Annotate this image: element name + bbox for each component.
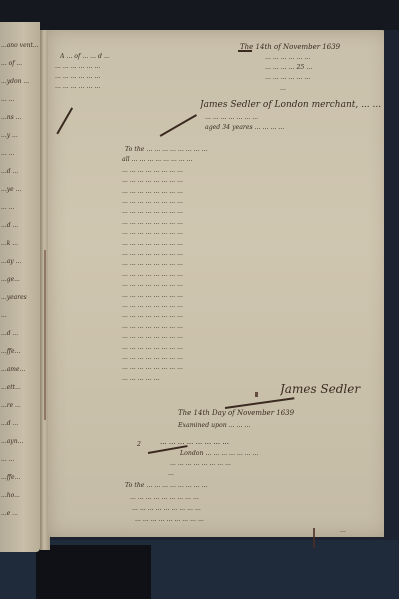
left-page-line: ...ye ...	[1, 186, 21, 193]
left-facing-page: ...ano vent...... of ......ydon ...... .…	[0, 22, 40, 552]
ink-blot	[255, 392, 258, 397]
paragraph-line: ... ... ... ... ... ... ... ...	[122, 302, 384, 310]
paragraph-line: ... ... ... ... ... ... ... ...	[122, 219, 384, 227]
paragraph-line: ... ... ... ... ... ... ... ... ...	[132, 505, 385, 513]
left-page-line: ...yeares	[1, 294, 27, 301]
deponent-line: ... ... ... ... ... ... ... ...	[160, 438, 385, 447]
left-page-line: ... ...	[1, 150, 14, 157]
left-page-line: ... ...	[1, 204, 14, 211]
paragraph-line: ... ... ... ... ... ... ... ...	[122, 167, 384, 175]
paragraph-line: ... ... ... ... ... ... ... ...	[122, 177, 384, 185]
deponent-line: ... ... ... ... ... ... ... ...	[170, 460, 380, 468]
paragraph-line: ... ... ... ... ... ... ... ...	[122, 354, 384, 362]
paragraph-line: ... ... ... ... ... ... ... ...	[122, 323, 384, 331]
paragraph-line: all ... ... ... ... ... ... ... ...	[122, 156, 384, 164]
paragraph-line: ... ... ... ... ... ... ... ... ...	[130, 494, 385, 502]
date-heading: The 14th Day of November 1639	[178, 409, 318, 418]
left-page-line: ...ano vent...	[1, 42, 39, 49]
left-page-line: ...k ...	[1, 240, 18, 247]
deponent-line: aged 34 yeares ... ... ... ...	[205, 124, 390, 132]
paragraph-line: ... ... ... ... ... ... ... ... ...	[135, 516, 380, 524]
note-line: ...	[280, 85, 340, 93]
paragraph-line: To the ... ... ... ... ... ... ... ...	[125, 482, 385, 490]
paragraph-line: ... ... ... ... ... ... ... ...	[122, 188, 384, 196]
signature: James Sedler	[280, 382, 380, 396]
left-page-line: ...ffe...	[1, 348, 20, 355]
left-page-line: ...d ...	[1, 222, 18, 229]
left-page-line: ...	[1, 312, 7, 319]
left-page-line: ...ay ...	[1, 258, 21, 265]
paragraph-line: ... ... ... ... ... ... ... ...	[122, 292, 384, 300]
paragraph-line: ... ... ... ... ... ... ... ...	[122, 312, 384, 320]
paragraph-line: ... ... ... ... ... ... ... ...	[122, 333, 384, 341]
left-page-line: ... ...	[1, 96, 14, 103]
note-line: ... ... ... ... ... ...	[55, 73, 210, 81]
note-line: ... ... ... ... ... ...	[55, 83, 210, 91]
paragraph-line: ... ... ... ... ... ... ... ...	[122, 281, 384, 289]
note-line: ... ... ... ... 25 ...	[265, 64, 385, 72]
examined-line: Examined upon ... ... ...	[178, 422, 288, 430]
paragraph-line: ... ... ... ... ... ... ... ...	[122, 229, 384, 237]
deponent-line: ... ... ... ... ... ... ...	[205, 114, 390, 122]
left-page-line: ...d ...	[1, 420, 18, 427]
paragraph-line: ...	[340, 527, 380, 535]
left-page-line: ...e ...	[1, 510, 18, 517]
ink-stain	[313, 528, 315, 548]
left-page-line: ...ayn...	[1, 438, 23, 445]
pen-flourish	[238, 50, 252, 52]
paragraph-line: ... ... ... ... ... ... ... ...	[122, 240, 384, 248]
left-page-line: ...ns ...	[1, 114, 21, 121]
paragraph-line: ... ... ... ... ... ... ... ...	[122, 364, 384, 372]
left-page-line: ...ho...	[1, 492, 20, 499]
deponent-line: London ... ... ... ... ... ... ...	[180, 450, 385, 458]
left-page-line: ... ...	[1, 456, 14, 463]
paragraph-line: ... ... ... ... ...	[122, 375, 272, 383]
left-page-line: ...ett...	[1, 384, 21, 391]
dark-background-right	[384, 30, 399, 540]
entry-number: 2	[137, 441, 149, 449]
note-line: ... ... ... ... ... ...	[265, 74, 385, 82]
gutter-fold-line	[44, 250, 46, 420]
note-line: ... ... ... ... ... ...	[265, 54, 385, 62]
left-page-line: ...re ...	[1, 402, 21, 409]
paragraph-line: ... ... ... ... ... ... ... ...	[122, 344, 384, 352]
note-line: A ... of ... ... d ...	[60, 53, 210, 61]
left-page-line: ...d ...	[1, 168, 18, 175]
left-page-line: ...ydon ...	[1, 78, 29, 85]
deponent-line: James Sedler of London merchant, ... ...…	[200, 100, 390, 111]
left-page-line: ...ffe...	[1, 474, 20, 481]
left-page-line: ...y ...	[1, 132, 18, 139]
left-page-line: ...d ...	[1, 330, 18, 337]
note-line: ... ... ... ... ... ...	[55, 63, 210, 71]
shadow-area	[36, 545, 151, 599]
date-heading: The 14th of November 1639	[240, 43, 390, 52]
left-page-line: ...ge...	[1, 276, 20, 283]
paragraph-line: To the ... ... ... ... ... ... ... ...	[125, 146, 387, 154]
left-page-line: ... of ...	[1, 60, 22, 67]
paragraph-line: ... ... ... ... ... ... ... ...	[122, 250, 384, 258]
paragraph-line: ... ... ... ... ... ... ... ...	[122, 208, 384, 216]
left-page-line: ...ame...	[1, 366, 25, 373]
deponent-line: ...	[168, 470, 198, 478]
paragraph-line: ... ... ... ... ... ... ... ...	[122, 260, 384, 268]
paragraph-line: ... ... ... ... ... ... ... ...	[122, 198, 384, 206]
paragraph-line: ... ... ... ... ... ... ... ...	[122, 271, 384, 279]
